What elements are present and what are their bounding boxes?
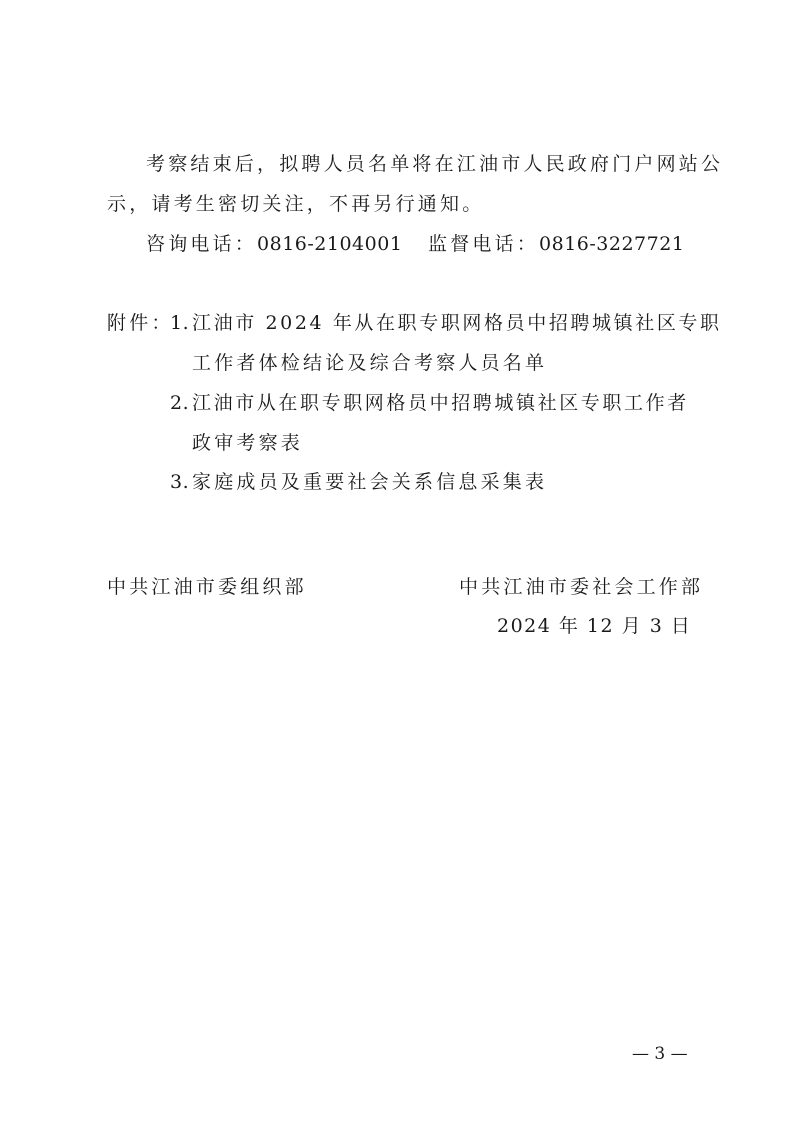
paragraph-line: 考察结束后，拟聘人员名单将在江油市人民政府门户网站公 — [146, 152, 723, 176]
consult-phone-row: 咨询电话：0816-2104001 — [146, 232, 402, 256]
attachment-item-3: 家庭成员及重要社会关系信息采集表 — [192, 470, 547, 494]
paragraph-line: 示，请考生密切关注，不再另行通知。 — [107, 192, 484, 216]
supervise-phone-row: 监督电话：0816-3227721 — [428, 232, 684, 256]
supervise-label: 监督电话： — [428, 233, 539, 255]
attachment-item-2: 江油市从在职专职网格员中招聘城镇社区专职工作者 — [192, 391, 689, 415]
signature-org-right: 中共江油市委社会工作部 — [459, 575, 703, 599]
attachment-item-1: 江油市 2024 年从在职专职网格员中招聘城镇社区专职 — [192, 311, 722, 335]
supervise-phone: 0816-3227721 — [539, 233, 684, 255]
attachment-number: 1. — [170, 311, 189, 335]
attachment-number: 3. — [170, 470, 189, 494]
attachment-item-1-cont: 工作者体检结论及综合考察人员名单 — [192, 351, 547, 375]
attachment-number: 2. — [170, 391, 189, 415]
consult-phone: 0816-2104001 — [257, 233, 402, 255]
signature-org-left: 中共江油市委组织部 — [107, 575, 307, 599]
attachments-label: 附件： — [107, 311, 174, 335]
consult-label: 咨询电话： — [146, 233, 257, 255]
attachment-item-2-cont: 政审考察表 — [192, 431, 303, 455]
signature-date: 2024 年 12 月 3 日 — [497, 614, 691, 638]
page-number: — 3 — — [632, 1044, 688, 1064]
